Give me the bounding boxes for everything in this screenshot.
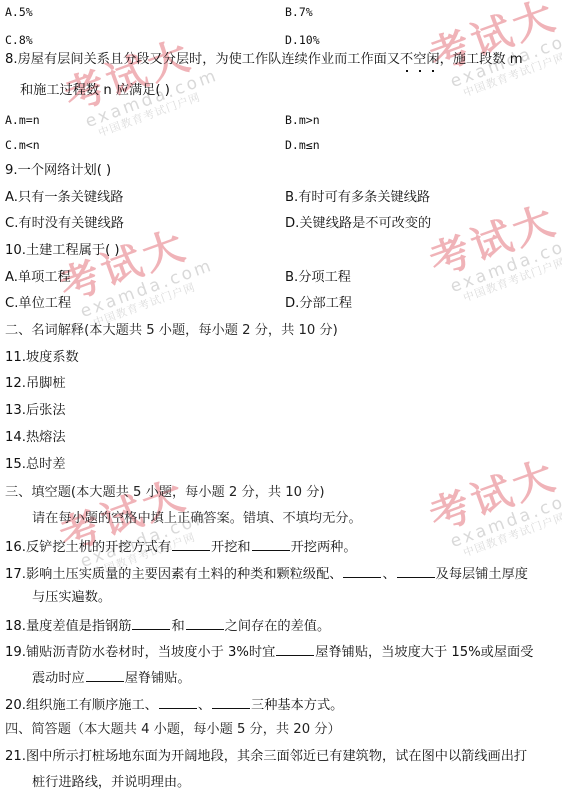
answer-blank	[252, 538, 290, 551]
q9-option-b: B.有时可有多条关键线路	[285, 190, 430, 206]
q8-option-c: C.m<n	[5, 137, 40, 153]
q10-option-d: D.分部工程	[285, 296, 352, 312]
watermark-tagline: 中国教育考试门户网	[462, 248, 562, 304]
q9-option-a: A.只有一条关键线路	[5, 190, 123, 206]
q7-option-b: B.7%	[285, 4, 313, 20]
q21-line1: 21.图中所示打桩场地东面为开阔地段，其余三面邻近已有建筑物，试在图中以箭线画出…	[5, 749, 527, 765]
q17-line2: 与压实遍数。	[32, 590, 111, 606]
watermark-tagline: 中国教育考试门户网	[92, 273, 220, 329]
answer-blank	[276, 643, 314, 656]
answer-blank	[397, 565, 435, 578]
q16-text-2: 开挖和	[211, 540, 251, 555]
watermark-url: examda.com	[448, 486, 562, 551]
q18: 18.量度差值是指钢筋和之间存在的差值。	[5, 617, 330, 635]
q8-emph-1: 不	[400, 52, 413, 67]
section2-heading: 二、名词解释(本大题共 5 小题，每小题 2 分，共 10 分)	[5, 323, 338, 339]
q20-text-3: 三种基本方式。	[251, 698, 343, 713]
q10-option-b: B.分项工程	[285, 270, 351, 286]
section3-heading: 三、填空题(本大题共 5 小题，每小题 2 分，共 10 分)	[5, 485, 325, 501]
watermark-tagline: 中国教育考试门户网	[462, 503, 562, 559]
watermark-url: examda.com	[448, 231, 562, 296]
answer-blank	[132, 617, 170, 630]
q18-text-1: 18.量度差值是指钢筋	[5, 619, 131, 634]
q8-stem-pre: 8.房屋有层间关系且分段又分层时，为使工作队连续作业而工作面又	[5, 52, 400, 67]
section3-instruction: 请在每小题的空格中填上正确答案。错填、不填均无分。	[32, 511, 362, 527]
q8-option-b: B.m>n	[285, 112, 320, 128]
q17-text-1: 17.影响土压实质量的主要因素有土料的种类和颗粒级配、	[5, 567, 342, 582]
answer-blank	[212, 696, 250, 709]
q17-text-2: 、	[382, 567, 395, 582]
watermark-logo: 考试大	[60, 29, 215, 118]
answer-blank	[86, 669, 124, 682]
q17: 17.影响土压实质量的主要因素有土料的种类和颗粒级配、、及每层铺土厚度	[5, 565, 528, 583]
q8-option-d: D.m≤n	[285, 137, 320, 153]
term-item: 12.吊脚桩	[5, 376, 66, 392]
q8-stem-post: ，施工段数 m	[440, 52, 523, 67]
q17-text-3: 及每层铺土厚度	[436, 567, 528, 582]
q10-stem: 10.土建工程属于( )	[5, 243, 120, 259]
q9-option-c: C.有时没有关键线路	[5, 216, 124, 232]
q8-stem-line2: 和施工过程数 n 应满足( )	[20, 83, 170, 99]
watermark: 考试大 examda.com 中国教育考试门户网	[55, 219, 220, 336]
q19-text-3: 震动时应	[32, 671, 85, 686]
q19-text-2: 屋脊铺贴，当坡度大于 15%或屋面受	[315, 645, 533, 660]
q19: 19.铺贴沥青防水卷材时，当坡度小于 3%时宜屋脊铺贴，当坡度大于 15%或屋面…	[5, 643, 533, 661]
answer-blank	[159, 696, 197, 709]
q8-stem-line1: 8.房屋有层间关系且分段又分层时，为使工作队连续作业而工作面又不空闲，施工段数 …	[5, 52, 523, 68]
q8-emph-3: 闲	[426, 52, 439, 67]
q8-option-a: A.m=n	[5, 112, 40, 128]
watermark: 考试大 examda.com 中国教育考试门户网	[425, 194, 562, 311]
q8-emph-2: 空	[413, 52, 426, 67]
q7-option-c: C.8%	[5, 32, 33, 48]
section4-heading: 四、简答题（本大题共 4 小题，每小题 5 分，共 20 分）	[5, 722, 341, 738]
q19-text-1: 19.铺贴沥青防水卷材时，当坡度小于 3%时宜	[5, 645, 275, 660]
q16-text-3: 开挖两种。	[291, 540, 357, 555]
q20-text-1: 20.组织施工有顺序施工、	[5, 698, 158, 713]
watermark: 考试大 examda.com 中国教育考试门户网	[425, 449, 562, 566]
q7-option-d: D.10%	[285, 32, 320, 48]
term-item: 15.总时差	[5, 457, 66, 473]
answer-blank	[343, 565, 381, 578]
term-item: 14.热熔法	[5, 430, 66, 446]
q16: 16.反铲挖土机的开挖方式有开挖和开挖两种。	[5, 538, 357, 556]
term-item: 13.后张法	[5, 403, 66, 419]
term-item: 11.坡度系数	[5, 350, 79, 366]
watermark-logo: 考试大	[425, 194, 562, 283]
answer-blank	[186, 617, 224, 630]
q19-text-4: 屋脊铺贴。	[125, 671, 191, 686]
watermark-logo: 考试大	[425, 449, 562, 538]
q10-option-c: C.单位工程	[5, 296, 71, 312]
watermark-url: examda.com	[78, 256, 216, 321]
q7-option-a: A.5%	[5, 4, 33, 20]
q9-option-d: D.关键线路是不可改变的	[285, 216, 431, 232]
q10-option-a: A.单项工程	[5, 270, 71, 286]
answer-blank	[172, 538, 210, 551]
q19-line2: 震动时应屋脊铺贴。	[32, 669, 191, 687]
q9-stem: 9.一个网络计划( )	[5, 163, 111, 179]
q18-text-3: 之间存在的差值。	[225, 619, 331, 634]
q16-text-1: 16.反铲挖土机的开挖方式有	[5, 540, 171, 555]
q20: 20.组织施工有顺序施工、、三种基本方式。	[5, 696, 343, 714]
q21-line2: 桩行进路线，并说明理由。	[32, 775, 190, 791]
q20-text-2: 、	[198, 698, 211, 713]
q18-text-2: 和	[171, 619, 184, 634]
